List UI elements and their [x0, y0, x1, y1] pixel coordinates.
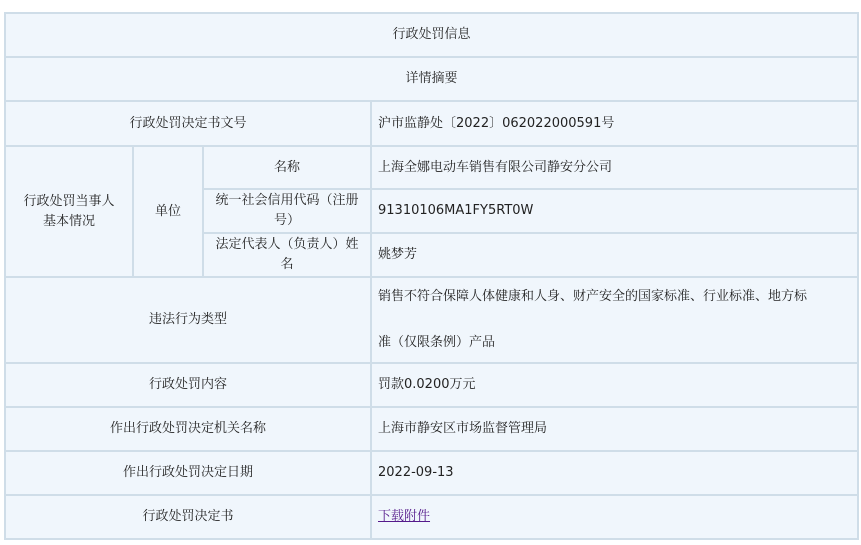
table-subtitle: 详情摘要 — [5, 57, 858, 101]
date-label: 作出行政处罚决定日期 — [5, 451, 371, 495]
credit-code-value: 91310106MA1FY5RT0W — [371, 189, 858, 233]
violation-value-line2: 准（仅限条例）产品 — [378, 333, 851, 353]
penalty-label: 行政处罚内容 — [5, 363, 371, 407]
credit-code-label: 统一社会信用代码（注册 号） — [203, 189, 371, 233]
party-type: 单位 — [133, 146, 203, 277]
legal-rep-value: 姚梦芳 — [371, 233, 858, 277]
authority-value: 上海市静安区市场监督管理局 — [371, 407, 858, 451]
credit-code-label-line1: 统一社会信用代码（注册 — [210, 191, 364, 211]
legal-rep-label-line2: 名 — [210, 255, 364, 275]
document-cell: 下载附件 — [371, 495, 858, 539]
penalty-value: 罚款0.0200万元 — [371, 363, 858, 407]
decision-no-value: 沪市监静处〔2022〕062022000591号 — [371, 101, 858, 146]
document-label: 行政处罚决定书 — [5, 495, 371, 539]
party-label-line1: 行政处罚当事人 — [12, 192, 126, 212]
decision-no-label: 行政处罚决定书文号 — [5, 101, 371, 146]
name-label: 名称 — [203, 146, 371, 189]
violation-value-line1: 销售不符合保障人体健康和人身、财产安全的国家标准、行业标准、地方标 — [378, 287, 851, 307]
credit-code-label-line2: 号） — [210, 211, 364, 231]
violation-label: 违法行为类型 — [5, 277, 371, 363]
legal-rep-label-line1: 法定代表人（负责人）姓 — [210, 235, 364, 255]
penalty-info-table: 行政处罚信息 详情摘要 行政处罚决定书文号 沪市监静处〔2022〕0620220… — [4, 12, 859, 540]
violation-value: 销售不符合保障人体健康和人身、财产安全的国家标准、行业标准、地方标 准（仅限条例… — [371, 277, 858, 363]
download-attachment-link[interactable]: 下载附件 — [378, 509, 430, 524]
legal-rep-label: 法定代表人（负责人）姓 名 — [203, 233, 371, 277]
authority-label: 作出行政处罚决定机关名称 — [5, 407, 371, 451]
party-label: 行政处罚当事人 基本情况 — [5, 146, 133, 277]
table-title: 行政处罚信息 — [5, 13, 858, 57]
name-value: 上海全娜电动车销售有限公司静安分公司 — [371, 146, 858, 189]
date-value: 2022-09-13 — [371, 451, 858, 495]
party-label-line2: 基本情况 — [12, 212, 126, 232]
